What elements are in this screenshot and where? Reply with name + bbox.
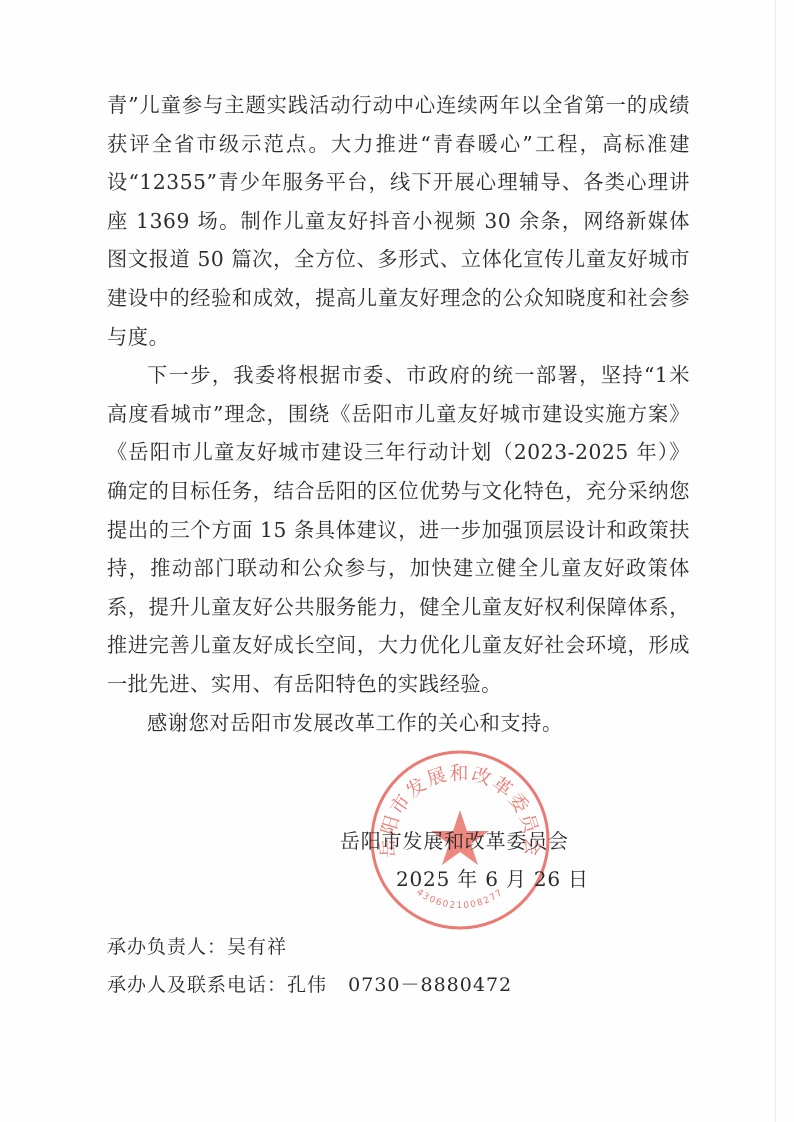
responsible-label: 承办负责人： (107, 936, 227, 958)
paragraph-next-steps: 下一步，我委将根据市委、市政府的统一部署，坚持“1米高度看城市”理念，围绕《岳阳… (107, 356, 690, 703)
contact-name: 孔伟 (287, 974, 327, 996)
contact-line: 承办人及联系电话：孔伟 0730－8880472 (107, 966, 512, 1004)
document-page: 青”儿童参与主题实践活动行动中心连续两年以全省第一的成绩获评全省市级示范点。大力… (0, 0, 794, 1122)
contact-phone: 0730－8880472 (348, 974, 512, 996)
paragraph-publicity: 青”儿童参与主题实践活动行动中心连续两年以全省第一的成绩获评全省市级示范点。大力… (107, 86, 690, 356)
signing-date: 2025 年 6 月 26 日 (340, 860, 660, 898)
responsible-person-line: 承办负责人：吴有祥 (107, 928, 512, 966)
signing-organization: 岳阳市发展和改革委员会 (340, 822, 660, 860)
signature-block: 岳阳市发展和改革委员会 2025 年 6 月 26 日 (340, 822, 660, 898)
letter-body: 青”儿童参与主题实践活动行动中心连续两年以全省第一的成绩获评全省市级示范点。大力… (107, 86, 690, 742)
contact-footer: 承办负责人：吴有祥 承办人及联系电话：孔伟 0730－8880472 (107, 928, 512, 1004)
responsible-name: 吴有祥 (227, 936, 287, 958)
paragraph-thanks: 感谢您对岳阳市发展改革工作的关心和支持。 (107, 704, 690, 743)
contact-label: 承办人及联系电话： (107, 974, 287, 996)
scan-artifact-line (775, 0, 776, 1122)
